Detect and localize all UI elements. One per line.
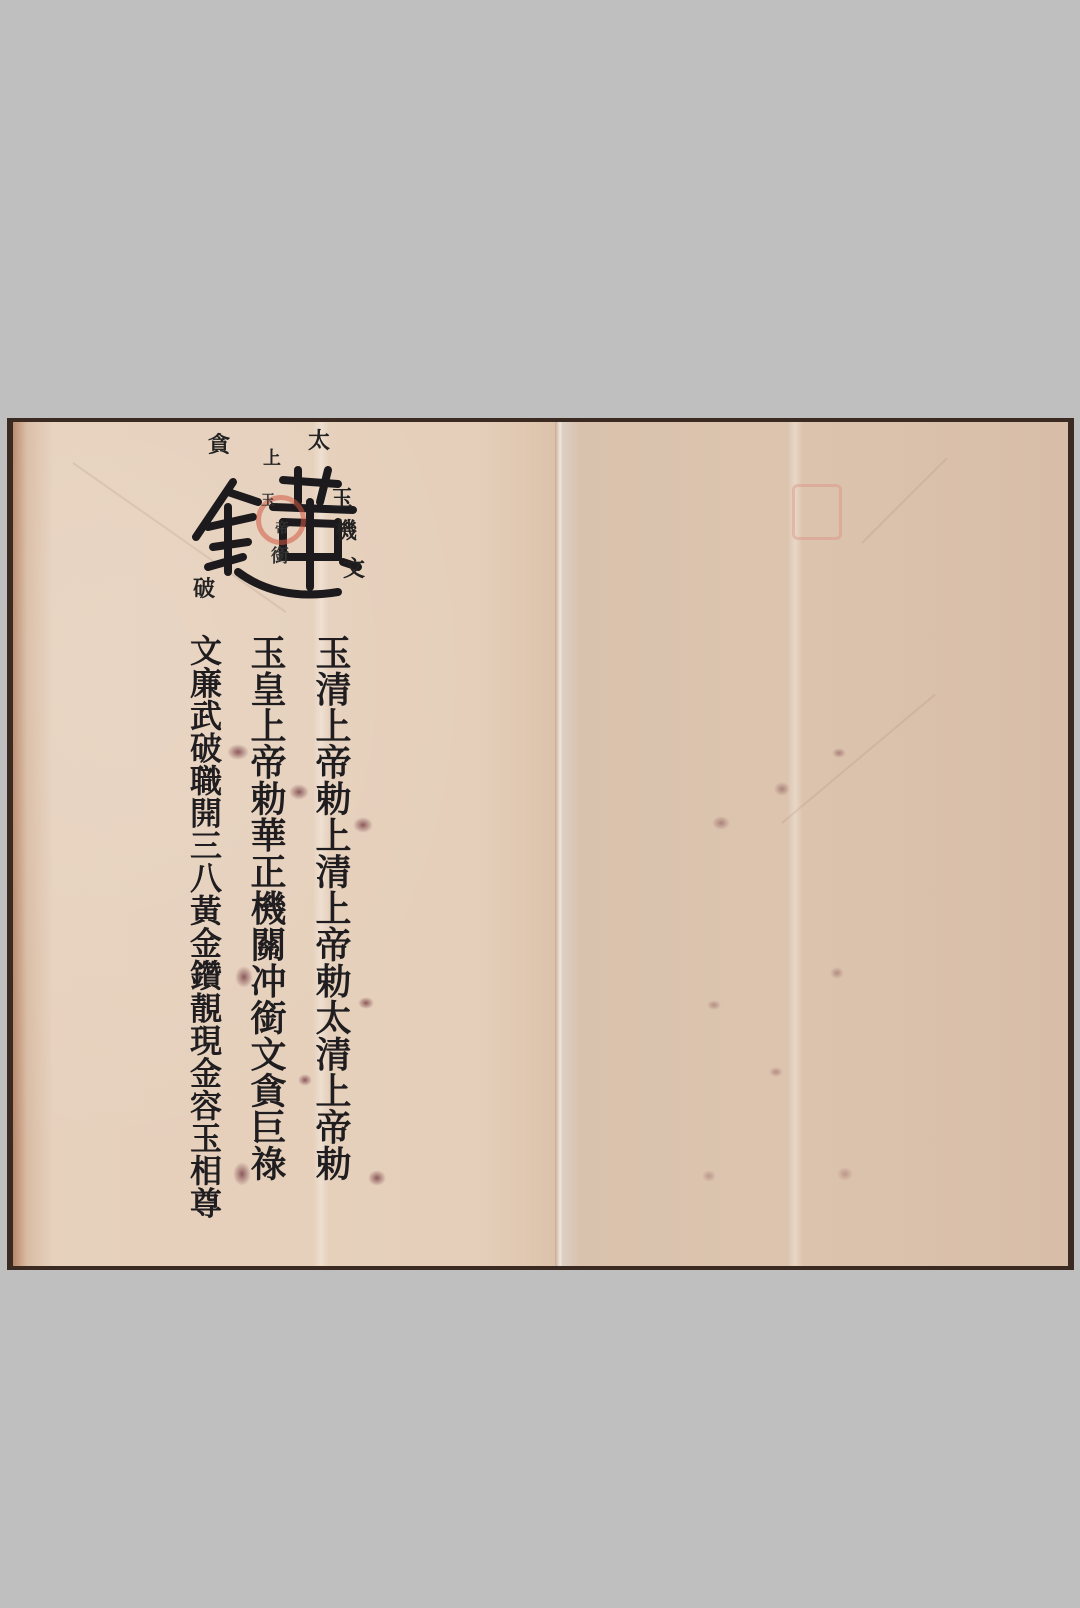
fold-line [787, 422, 803, 1266]
talisman-char-tai: 太 [308, 424, 330, 455]
ink-stain [832, 748, 846, 758]
talisman-char-wen: 文 [343, 552, 365, 583]
ink-stain [707, 1000, 721, 1010]
ink-stain [837, 1167, 853, 1181]
talisman-char-po: 破 [193, 572, 215, 603]
text-column-middle: 玉皇上帝勅華正機關冲銜文貪巨祿 [248, 634, 284, 1182]
ink-stain [233, 1162, 251, 1186]
faint-seal-bleed [792, 484, 842, 540]
left-page: 太 上 貪 [13, 422, 559, 1266]
manuscript-scan: 太 上 貪 [7, 418, 1074, 1270]
talisman-char-ji: 機 [335, 514, 357, 545]
ink-stain [358, 997, 374, 1009]
ink-stain [368, 1170, 386, 1186]
ink-stain [769, 1067, 783, 1077]
ink-stain [702, 1170, 716, 1182]
talisman-inner-di: 帝 [275, 518, 289, 538]
paper-crease [861, 457, 947, 543]
ink-stain [298, 1074, 312, 1086]
image-viewer: 太 上 貪 [0, 0, 1080, 1608]
ink-stain [353, 817, 373, 833]
ink-stain [774, 782, 790, 796]
text-column-right: 玉清上帝勅上清上帝勅太清上帝勅 [313, 634, 349, 1182]
ink-stain [289, 784, 309, 800]
ink-stain [227, 744, 249, 760]
ink-stain [235, 966, 253, 988]
paper-crease [781, 694, 935, 824]
talisman-inner-yu: 玉 [261, 490, 275, 510]
talisman-char-tan: 貪 [208, 428, 230, 459]
ink-stain [712, 816, 730, 830]
talisman-inner-xian: 銜 [271, 542, 289, 568]
right-page [562, 422, 1068, 1266]
ink-stain [830, 967, 844, 979]
text-column-left: 文廉武破職開三八黃金鑽靚現金容玉相尊 [188, 634, 220, 1219]
talisman-char-yu: 玉 [331, 482, 353, 513]
